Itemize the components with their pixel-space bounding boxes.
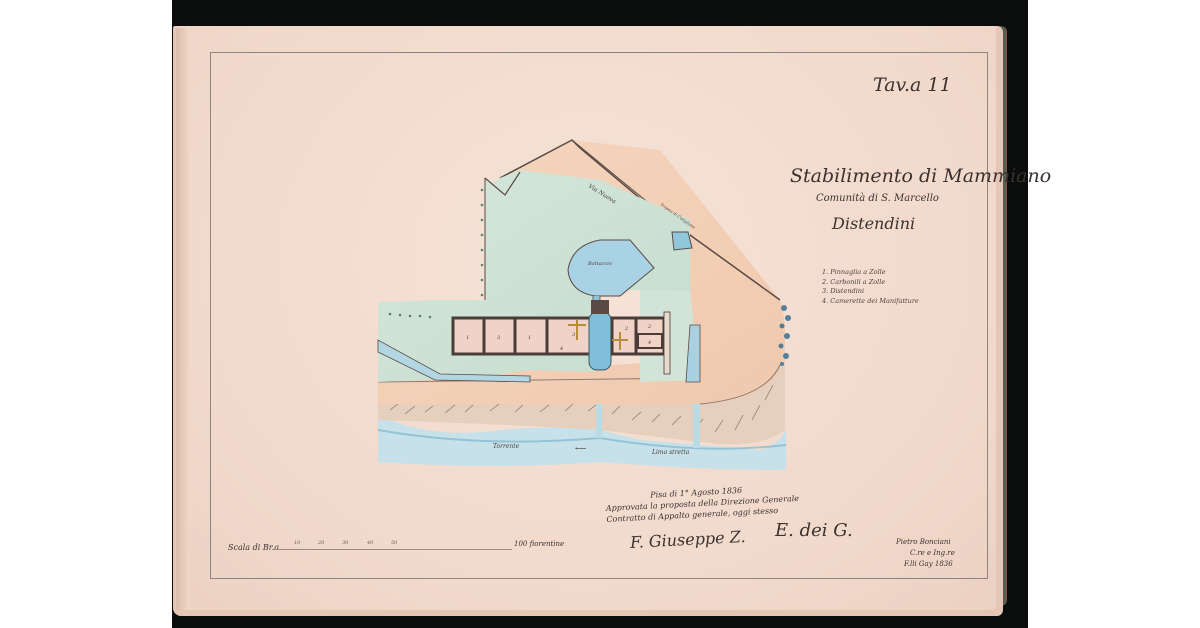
scale-tick: 20 [318,540,324,546]
plate-number: Tav.a 11 [873,74,952,96]
scale-tick: 50 [391,540,397,546]
author-name: Pietro Bonciani [896,537,955,548]
plan-section-title: Distendini [832,214,915,233]
author-signature: Pietro Bonciani C.re e Ing.re F.lli Gay … [896,537,955,570]
waterwheel-channel [589,312,611,370]
svg-text:3: 3 [497,335,500,341]
legend-item: 1. Pinnaglia a Zolle [822,268,919,278]
scale-unit: 100 fiorentine [514,540,564,548]
author-date: F.lli Gay 1836 [896,559,955,570]
svg-text:4: 4 [559,346,563,352]
legend: 1. Pinnaglia a Zolle 2. Carbonili a Zoll… [822,268,919,306]
svg-text:4: 4 [647,340,651,346]
svg-text:Bottaccio: Bottaccio [587,261,612,267]
svg-text:Torrente: Torrente [493,443,520,450]
legend-item: 3. Distendini [822,287,919,297]
svg-text:1: 1 [466,335,469,341]
svg-text:⟵: ⟵ [575,444,587,453]
svg-text:2: 2 [647,324,651,330]
site-plan-map: 1 3 1 3 4 2 2 4 Via Nuova Tropea di Cuti… [0,0,1200,628]
signature: E. dei G. [775,520,853,541]
legend-item: 4. Camerette dei Manifatture [822,297,919,307]
scale-tick: 10 [294,540,300,546]
svg-text:3: 3 [572,332,575,338]
svg-text:2: 2 [624,326,628,332]
scale-tick: 30 [342,540,348,546]
author-title: C.re e Ing.re [896,548,955,559]
plan-subtitle: Comunità di S. Marcello [816,193,939,204]
svg-text:Lima stretta: Lima stretta [651,449,690,456]
scale-bar [272,549,512,550]
legend-item: 2. Carbonili a Zolle [822,278,919,288]
scale-label: Scala di Br.a [228,543,279,552]
plan-title: Stabilimento di Mammiano [790,165,1051,187]
scale-tick: 40 [367,540,373,546]
svg-text:1: 1 [528,335,531,341]
